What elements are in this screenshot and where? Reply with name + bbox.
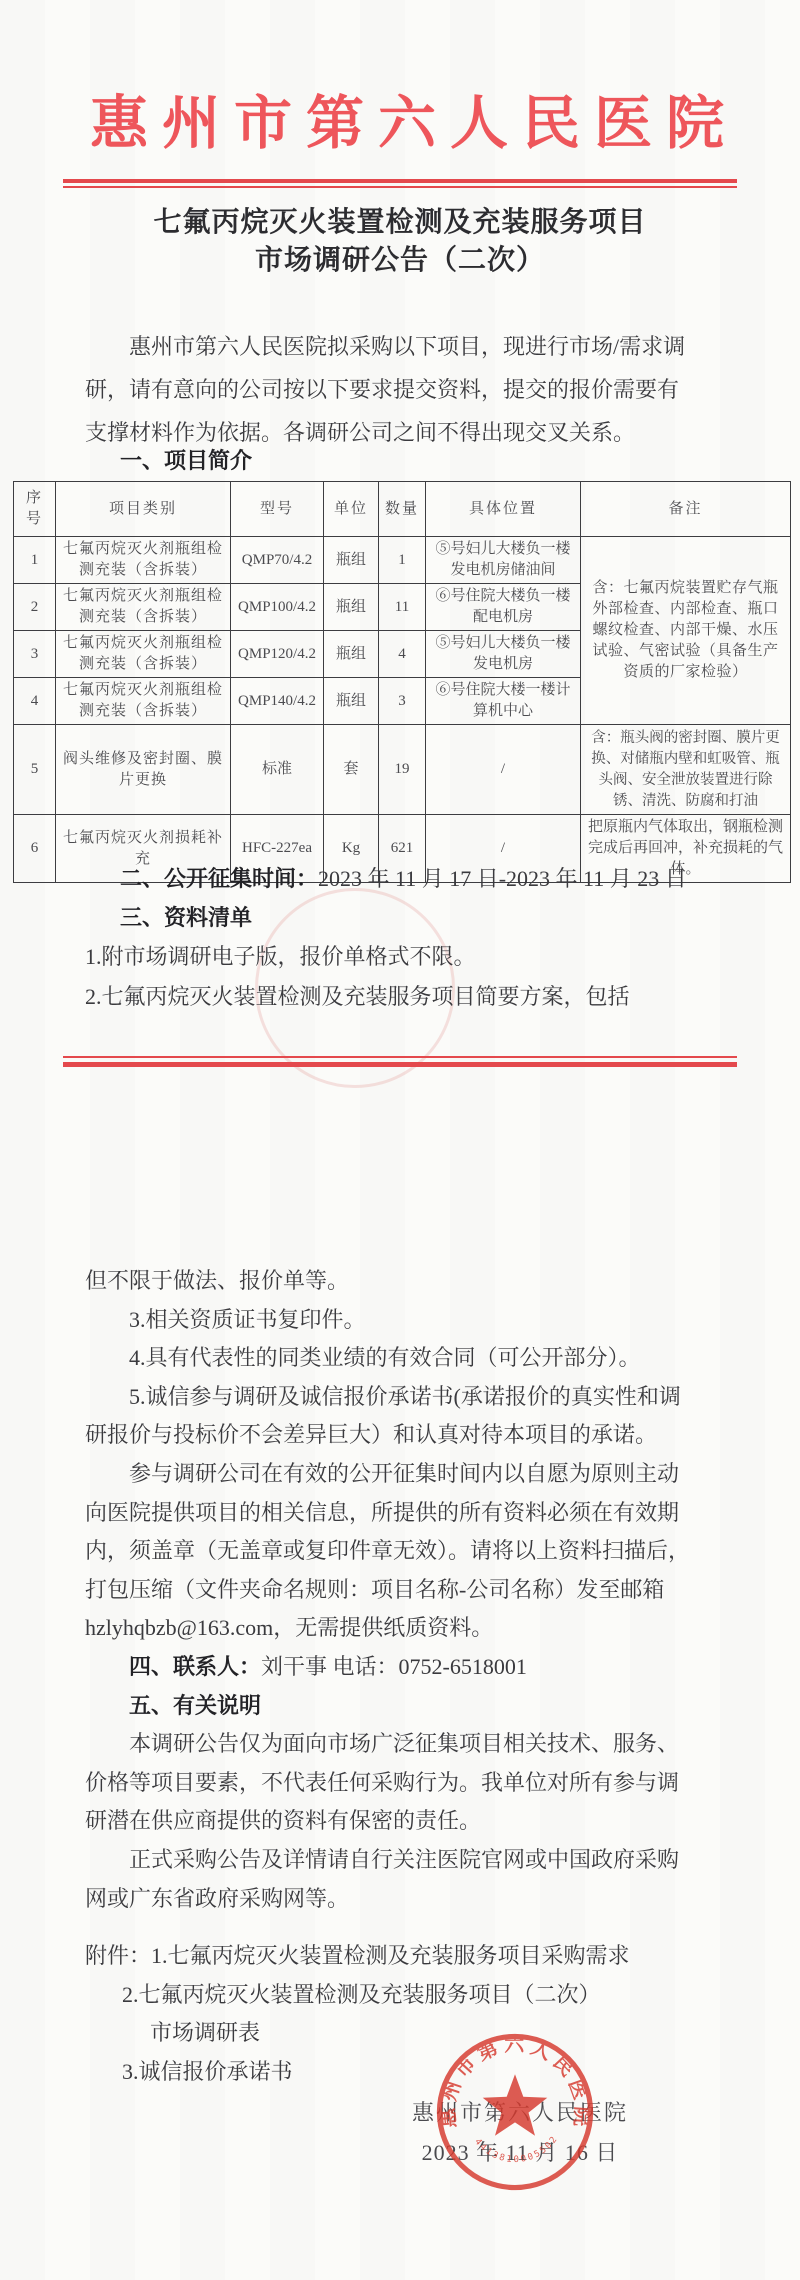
section2-heading: 二、公开征集时间：	[120, 866, 318, 891]
col-header-category: 项目类别	[56, 482, 231, 537]
cell-category: 七氟丙烷灭火剂瓶组检测充装（含拆装）	[56, 678, 231, 725]
cell-unit: 瓶组	[324, 537, 379, 584]
body-line: 但不限于做法、报价单等。	[85, 1262, 745, 1301]
cell-category: 七氟丙烷灭火剂瓶组检测充装（含拆装）	[56, 584, 231, 631]
cell-model: 标准	[231, 725, 324, 815]
table-row: 5 阀头维修及密封圈、膜片更换 标准 套 19 / 含：瓶头阀的密封圈、膜片更换…	[14, 725, 791, 815]
body-line: 本调研公告仅为面向市场广泛征集项目相关技术、服务、	[85, 1725, 745, 1764]
col-header-unit: 单位	[324, 482, 379, 537]
cell-category: 七氟丙烷灭火剂瓶组检测充装（含拆装）	[56, 537, 231, 584]
body-line: 4.具有代表性的同类业绩的有效合同（可公开部分）。	[85, 1339, 745, 1378]
official-red-stamp: 惠州市第六人民医院 4413810005502	[430, 2027, 600, 2197]
intro-paragraph: 惠州市第六人民医院拟采购以下项目，现进行市场/需求调 研，请有意向的公司按以下要…	[85, 325, 745, 454]
section4-heading: 四、联系人：	[129, 1654, 261, 1679]
section3-item2: 2.七氟丙烷灭火装置检测及充装服务项目简要方案，包括	[85, 982, 630, 1012]
cell-location: ⑤号妇儿大楼负一楼发电机房	[426, 631, 581, 678]
cell-qty: 4	[379, 631, 426, 678]
body-line: 研潜在供应商提供的资料有保密的责任。	[85, 1802, 745, 1841]
cell-unit: 瓶组	[324, 631, 379, 678]
body-line: 研报价与投标价不会差异巨大）和认真对待本项目的承诺。	[85, 1416, 745, 1455]
hospital-masthead: 惠州市第六人民医院	[0, 88, 800, 160]
cell-unit: 瓶组	[324, 678, 379, 725]
body-line: 价格等项目要素，不代表任何采购行为。我单位对所有参与调	[85, 1764, 745, 1803]
cell-unit: 套	[324, 725, 379, 815]
body-line: 内，须盖章（无盖章或复印件章无效）。请将以上资料扫描后，	[85, 1532, 745, 1571]
masthead-rule-thin	[63, 186, 737, 188]
contact-value: 刘干事 电话：0752-6518001	[261, 1654, 527, 1679]
cell-remark: 含：瓶头阀的密封圈、膜片更换、对储瓶内壁和虹吸管、瓶头阀、安全泄放装置进行除锈、…	[581, 725, 791, 815]
document-title-line2: 市场调研公告（二次）	[0, 242, 800, 280]
cell-location: ⑤号妇儿大楼负一楼发电机房储油间	[426, 537, 581, 584]
cell-qty: 1	[379, 537, 426, 584]
col-header-model: 型号	[231, 482, 324, 537]
section2-line: 二、公开征集时间：2023 年 11 月 17 日-2023 年 11 月 23…	[120, 864, 687, 894]
body-line: 3.相关资质证书复印件。	[85, 1301, 745, 1340]
section1-heading: 一、项目简介	[120, 446, 252, 476]
cell-qty: 3	[379, 678, 426, 725]
stamp-star-icon	[483, 2074, 548, 2135]
body-line: 5.诚信参与调研及诚信报价承诺书(承诺报价的真实性和调	[85, 1378, 745, 1417]
intro-line: 惠州市第六人民医院拟采购以下项目，现进行市场/需求调	[85, 325, 745, 368]
attachments-line1: 附件：1.七氟丙烷灭火装置检测及充装服务项目采购需求	[85, 1937, 745, 1976]
divider-rule-thick	[63, 1062, 737, 1067]
page-divider-double-rule	[63, 1056, 737, 1067]
body-line: 参与调研公司在有效的公开征集时间内以自愿为原则主动	[85, 1455, 745, 1494]
document-title: 七氟丙烷灭火装置检测及充装服务项目 市场调研公告（二次）	[0, 204, 800, 280]
cell-model: QMP100/4.2	[231, 584, 324, 631]
cell-qty: 19	[379, 725, 426, 815]
page2-content: 但不限于做法、报价单等。 3.相关资质证书复印件。 4.具有代表性的同类业绩的有…	[85, 1262, 745, 2091]
col-header-remark: 备注	[581, 482, 791, 537]
cell-category: 七氟丙烷灭火剂瓶组检测充装（含拆装）	[56, 631, 231, 678]
table-header-row: 序号 项目类别 型号 单位 数量 具体位置 备注	[14, 482, 791, 537]
section4-contact-line: 四、联系人：刘干事 电话：0752-6518001	[85, 1648, 745, 1687]
section3-item1: 1.附市场调研电子版，报价单格式不限。	[85, 942, 476, 972]
cell-no: 6	[14, 815, 56, 883]
section5-heading: 五、有关说明	[85, 1687, 745, 1726]
cell-location: /	[426, 725, 581, 815]
cell-qty: 11	[379, 584, 426, 631]
cell-model: QMP70/4.2	[231, 537, 324, 584]
cell-remark-merged: 含：七氟丙烷装置贮存气瓶外部检查、内部检查、瓶口螺纹检查、内部干燥、水压试验、气…	[581, 537, 791, 725]
body-line: 打包压缩（文件夹命名规则：项目名称-公司名称）发至邮箱	[85, 1571, 745, 1610]
cell-no: 5	[14, 725, 56, 815]
masthead-double-rule	[63, 179, 737, 188]
col-header-qty: 数量	[379, 482, 426, 537]
section3-heading: 三、资料清单	[120, 903, 252, 933]
email-line: hzlyhqbzb@163.com，无需提供纸质资料。	[85, 1609, 745, 1648]
cell-unit: 瓶组	[324, 584, 379, 631]
intro-line: 研，请有意向的公司按以下要求提交资料，提交的报价需要有	[85, 368, 745, 411]
collection-period-value: 2023 年 11 月 17 日-2023 年 11 月 23 日	[318, 866, 687, 891]
cell-no: 2	[14, 584, 56, 631]
cell-location: ⑥号住院大楼负一楼配电机房	[426, 584, 581, 631]
cell-category: 阀头维修及密封圈、膜片更换	[56, 725, 231, 815]
cell-no: 1	[14, 537, 56, 584]
cell-location: ⑥号住院大楼一楼计算机中心	[426, 678, 581, 725]
col-header-no: 序号	[14, 482, 56, 537]
body-line: 向医院提供项目的相关信息，所提供的所有资料必须在有效期	[85, 1494, 745, 1533]
stamp-graphic: 惠州市第六人民医院 4413810005502	[430, 2027, 600, 2197]
project-table: 序号 项目类别 型号 单位 数量 具体位置 备注 1 七氟丙烷灭火剂瓶组检测充装…	[13, 481, 791, 883]
table-row: 1 七氟丙烷灭火剂瓶组检测充装（含拆装） QMP70/4.2 瓶组 1 ⑤号妇儿…	[14, 537, 791, 584]
cell-no: 3	[14, 631, 56, 678]
attachments-line2: 2.七氟丙烷灭火装置检测及充装服务项目（二次）	[122, 1976, 745, 2015]
cell-no: 4	[14, 678, 56, 725]
body-line: 正式采购公告及详情请自行关注医院官网或中国政府采购	[85, 1841, 745, 1880]
cell-model: QMP120/4.2	[231, 631, 324, 678]
body-line: 网或广东省政府采购网等。	[85, 1880, 745, 1919]
col-header-location: 具体位置	[426, 482, 581, 537]
cell-model: QMP140/4.2	[231, 678, 324, 725]
document-title-line1: 七氟丙烷灭火装置检测及充装服务项目	[0, 204, 800, 242]
stamp-code: 4413810005502	[472, 2135, 559, 2165]
